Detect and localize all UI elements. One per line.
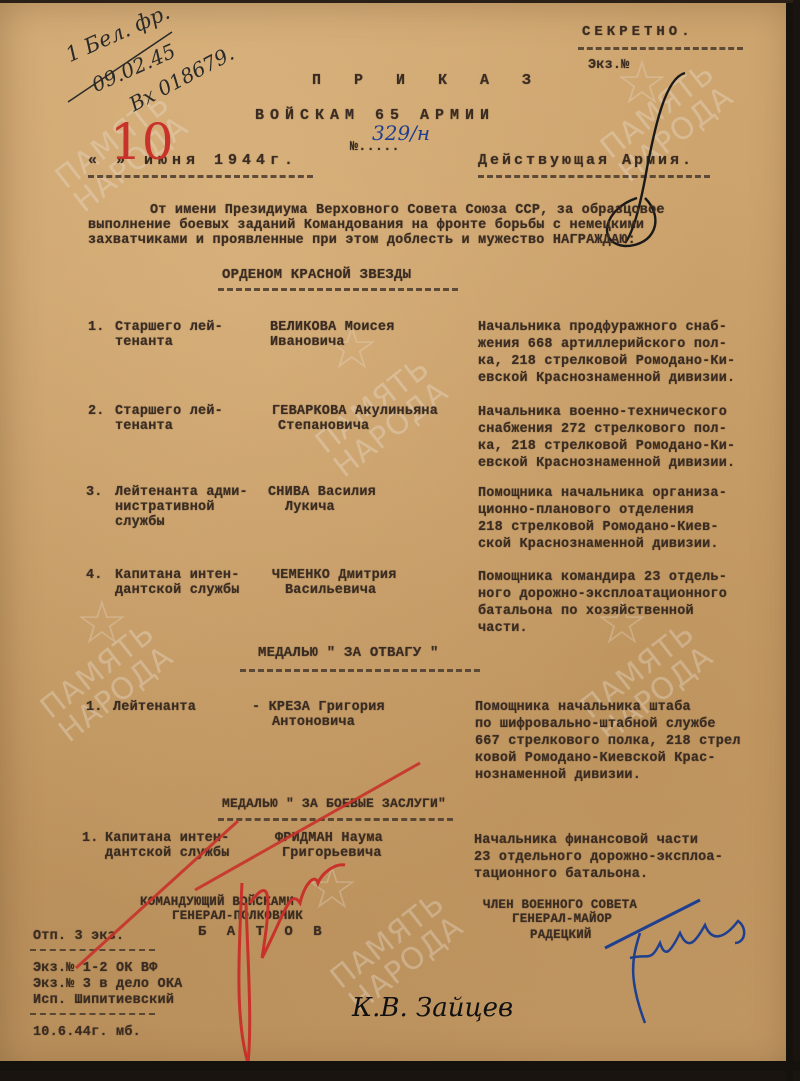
blue-ink-signature	[0, 3, 800, 1078]
scan-edge	[0, 1061, 800, 1071]
scan-edge	[786, 3, 793, 1078]
document-page: ПАМЯТЬ НАРОДА ПАМЯТЬ НАРОДА ПАМЯТЬ НАРОД…	[0, 0, 793, 1071]
